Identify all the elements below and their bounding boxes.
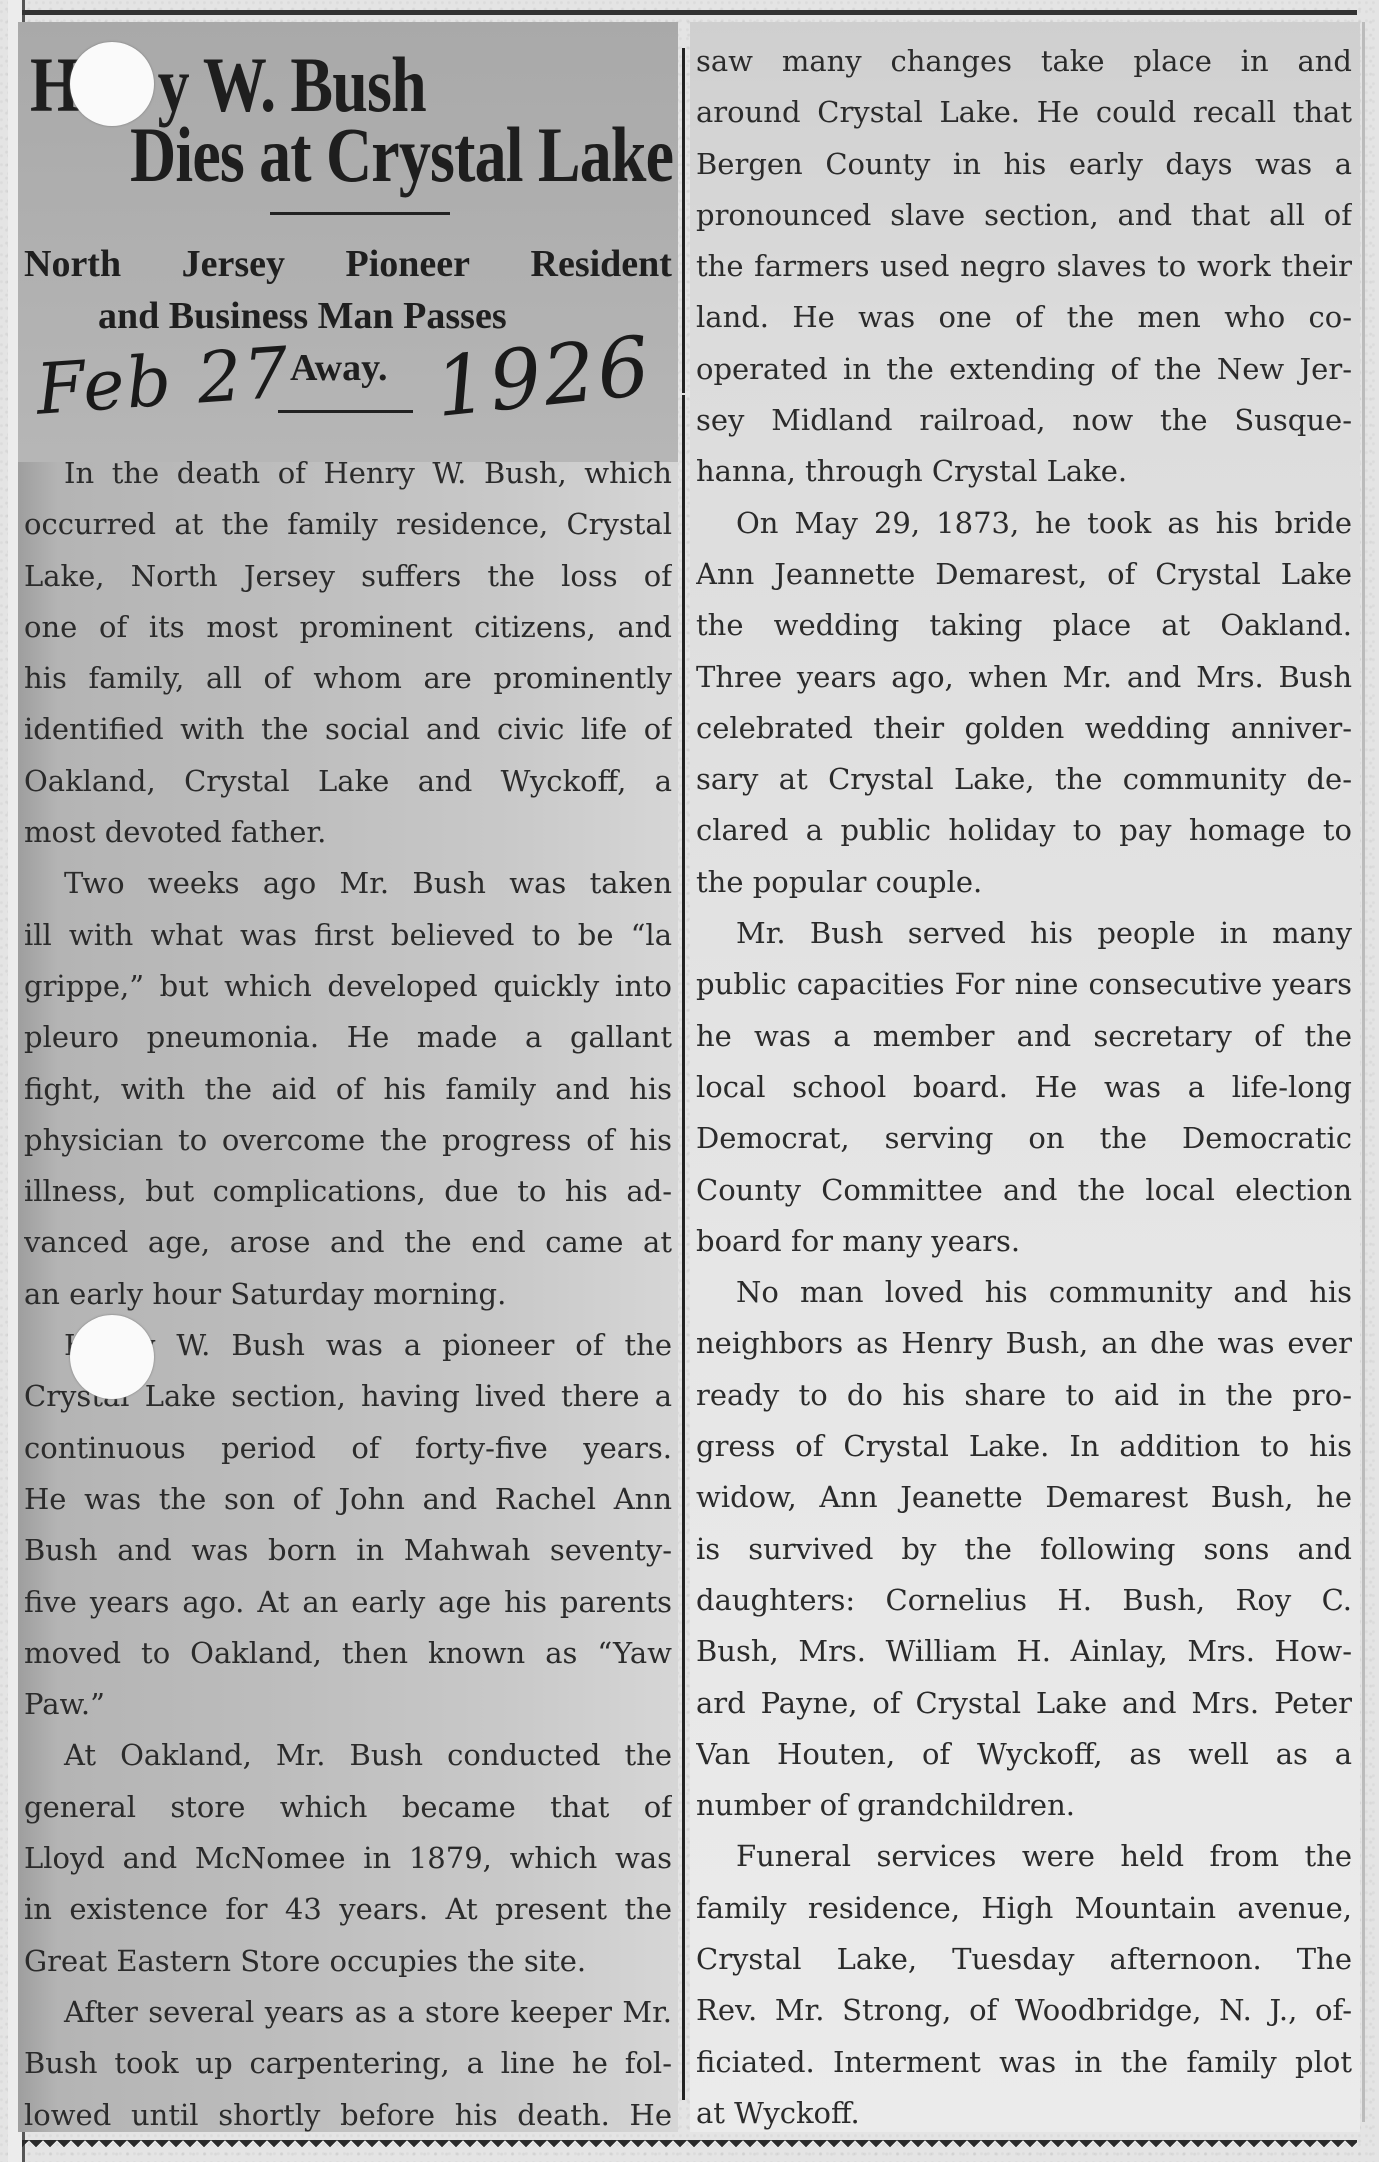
subheadline-word: Resident (531, 242, 672, 286)
text-line: saw many changes take place in and (696, 36, 1352, 87)
text-line: celebrated their golden wedding anniver- (696, 703, 1352, 754)
text-line: Democrat, serving on the Democratic (696, 1113, 1352, 1164)
text-line: is survived by the following sons and (696, 1524, 1352, 1575)
text-line: vanced age, arose and the end came at (24, 1217, 672, 1268)
text-line: local school board. He was a life-long (696, 1062, 1352, 1113)
headline-divider (270, 212, 450, 215)
column-divider (682, 395, 685, 2100)
text-line: Oakland, Crystal Lake and Wyckoff, a (24, 756, 672, 807)
text-line: public capacities For nine consecutive y… (696, 959, 1352, 1010)
text-line: ill with what was first believed to be “… (24, 910, 672, 961)
text-line: fight, with the aid of his family and hi… (24, 1064, 672, 1115)
subheadline-line-2: and Business Man Passes (98, 294, 507, 338)
subheadline-line-1: North Jersey Pioneer Resident (24, 242, 672, 286)
text-line: No man loved his community and his (696, 1267, 1352, 1318)
text-line: operated in the extending of the New Jer… (696, 344, 1352, 395)
text-line: moved to Oakland, then known as “Yaw (24, 1628, 672, 1679)
text-line: Crystal Lake, Tuesday afternoon. The (696, 1934, 1352, 1985)
text-line: ficiated. Interment was in the family pl… (696, 2037, 1352, 2088)
text-line: number of grandchildren. (696, 1780, 1352, 1831)
punch-hole (70, 1315, 154, 1399)
text-line: County Committee and the local election (696, 1165, 1352, 1216)
subheadline-word: Jersey (182, 242, 285, 286)
text-line: Three years ago, when Mr. and Mrs. Bush (696, 652, 1352, 703)
text-line: Bergen County in his early days was a (696, 139, 1352, 190)
bottom-zigzag-border (22, 2140, 1357, 2156)
text-line: family residence, High Mountain avenue, (696, 1883, 1352, 1934)
text-line: the wedding taking place at Oakland. (696, 600, 1352, 651)
subheadline-divider (278, 410, 413, 413)
text-line: five years ago. At an early age his pare… (24, 1577, 672, 1628)
text-line: Two weeks ago Mr. Bush was taken (24, 858, 672, 909)
text-line: pronounced slave section, and that all o… (696, 190, 1352, 241)
text-line: Bush and was born in Mahwah seventy- (24, 1525, 672, 1576)
text-line: hanna, through Crystal Lake. (696, 446, 1352, 497)
text-line: occurred at the family residence, Crysta… (24, 499, 672, 550)
column-divider (682, 48, 685, 393)
text-line: Rev. Mr. Strong, of Woodbridge, N. J., o… (696, 1985, 1352, 2036)
text-line: clared a public holiday to pay homage to (696, 805, 1352, 856)
text-line: the farmers used negro slaves to work th… (696, 241, 1352, 292)
top-border-rule (22, 10, 1357, 15)
text-line: Mr. Bush served his people in many (696, 908, 1352, 959)
text-line: Great Eastern Store occupies the site. (24, 1936, 672, 1987)
text-line: Ann Jeannette Demarest, of Crystal Lake (696, 549, 1352, 600)
text-line: identified with the social and civic lif… (24, 704, 672, 755)
text-line: lowed until shortly before his death. He (24, 2090, 672, 2141)
text-line: ard Payne, of Crystal Lake and Mrs. Pete… (696, 1678, 1352, 1729)
text-line: gress of Crystal Lake. In addition to hi… (696, 1421, 1352, 1472)
text-line: Funeral services were held from the (696, 1831, 1352, 1882)
subheadline-word: Pioneer (346, 242, 471, 286)
punch-hole (70, 42, 154, 126)
text-line: On May 29, 1873, he took as his bride (696, 498, 1352, 549)
text-line: around Crystal Lake. He could recall tha… (696, 87, 1352, 138)
text-line: Bush, Mrs. William H. Ainlay, Mrs. How- (696, 1626, 1352, 1677)
text-line: neighbors as Henry Bush, an dhe was ever (696, 1318, 1352, 1369)
text-line: Van Houten, of Wyckoff, as well as a (696, 1729, 1352, 1780)
text-line: one of its most prominent citizens, and (24, 602, 672, 653)
text-line: Paw.” (24, 1679, 672, 1730)
text-line: land. He was one of the men who co- (696, 292, 1352, 343)
text-line: at Wyckoff. (696, 2088, 1352, 2139)
right-edge (1362, 22, 1365, 2122)
subheadline-word: North (24, 242, 121, 286)
text-line: board for many years. (696, 1216, 1352, 1267)
text-line: he was a member and secretary of the (696, 1011, 1352, 1062)
subheadline-line-3: Away. (290, 346, 387, 390)
text-line: Lloyd and McNomee in 1879, which was (24, 1833, 672, 1884)
text-line: ready to do his share to aid in the pro- (696, 1370, 1352, 1421)
article-right-column: saw many changes take place in andaround… (696, 36, 1352, 2139)
text-line: in existence for 43 years. At present th… (24, 1884, 672, 1935)
headline-line-2: Dies at Crystal Lake (130, 110, 673, 200)
text-line: the popular couple. (696, 857, 1352, 908)
text-line: After several years as a store keeper Mr… (24, 1987, 672, 2038)
text-line: an early hour Saturday morning. (24, 1269, 672, 1320)
text-line: Lake, North Jersey suffers the loss of (24, 551, 672, 602)
text-line: sey Midland railroad, now the Susque- (696, 395, 1352, 446)
text-line: most devoted father. (24, 807, 672, 858)
text-line: his family, all of whom are prominently (24, 653, 672, 704)
text-line: physician to overcome the progress of hi… (24, 1115, 672, 1166)
text-line: general store which became that of (24, 1782, 672, 1833)
text-line: widow, Ann Jeanette Demarest Bush, he (696, 1472, 1352, 1523)
text-line: sary at Crystal Lake, the community de- (696, 754, 1352, 805)
text-line: illness, but complications, due to his a… (24, 1166, 672, 1217)
text-line: grippe,” but which developed quickly int… (24, 961, 672, 1012)
text-line: He was the son of John and Rachel Ann (24, 1474, 672, 1525)
text-line: daughters: Cornelius H. Bush, Roy C. (696, 1575, 1352, 1626)
text-line: Bush took up carpentering, a line he fol… (24, 2038, 672, 2089)
text-line: In the death of Henry W. Bush, which (24, 448, 672, 499)
article-left-column: In the death of Henry W. Bush, whichoccu… (24, 448, 672, 2141)
text-line: At Oakland, Mr. Bush conducted the (24, 1730, 672, 1781)
text-line: pleuro pneumonia. He made a gallant (24, 1012, 672, 1063)
text-line: continuous period of forty-five years. (24, 1423, 672, 1474)
